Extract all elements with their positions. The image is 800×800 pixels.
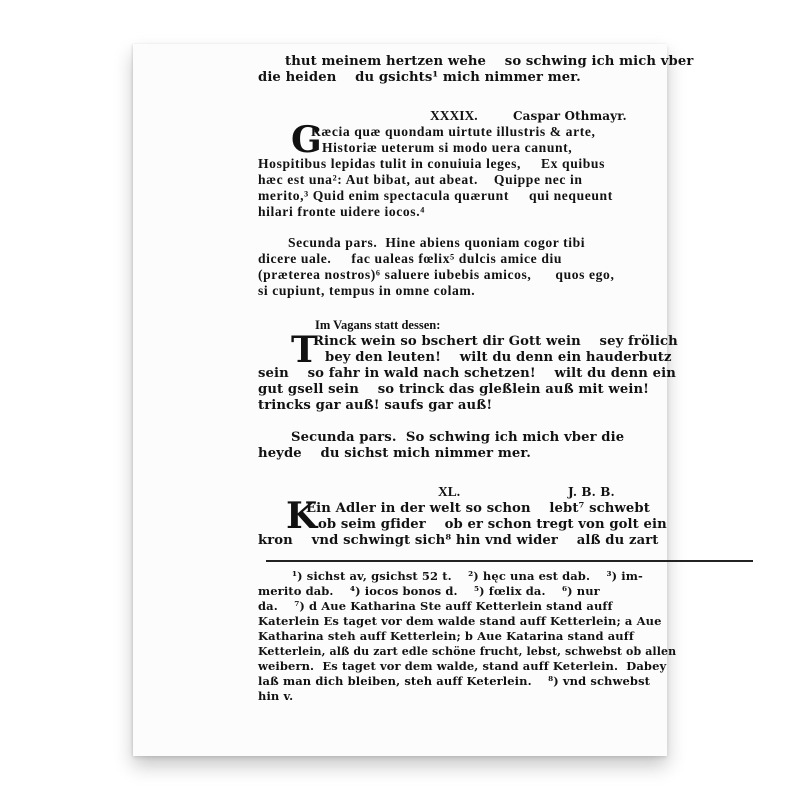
latin-line-5: merito,³ Quid enim spectacula quærunt qu… (258, 188, 613, 204)
latin-secunda-1: Secunda pars. Hine abiens quoniam cogor … (288, 235, 585, 251)
footnote-divider (266, 560, 753, 562)
footnote-line-1: ¹) sichst av, gsichst 52 t. ²) hęc una e… (292, 569, 643, 584)
latin-secunda-2: dicere uale. fac ualeas fœlix⁵ dulcis am… (258, 251, 562, 267)
latin-secunda-4: si cupiunt, tempus in omne colam. (258, 283, 475, 299)
vagans-heading: Im Vagans statt dessen: (315, 317, 440, 333)
latin-secunda-3: (præterea nostros)⁶ saluere iubebis amic… (258, 267, 614, 283)
footnote-line-2: merito dab. ⁴) iocos bonos d. ⁵) fœlix d… (258, 584, 600, 599)
section-40-number: XL. (438, 484, 460, 500)
section-39-number: XXXIX. (430, 108, 478, 124)
opening-line-2: die heiden du gsichts¹ mich nimmer mer. (258, 70, 581, 86)
vagans-secunda-1: Secunda pars. So schwing ich mich vber d… (291, 430, 624, 446)
footnote-line-4: Katerlein Es taget vor dem walde stand a… (258, 614, 662, 629)
poster-print: thut meinem hertzen wehe so schwing ich … (133, 44, 667, 756)
footnote-line-5: Katharina steh auff Ketterlein; b Aue Ka… (258, 629, 634, 644)
section-40-author: J. B. B. (568, 484, 615, 500)
footnote-line-6: Ketterlein, alß du zart edle schöne fruc… (258, 644, 676, 659)
section-40-line-1: Ein Adler in der welt so schon lebt⁷ sch… (306, 501, 650, 517)
latin-line-4: hæc est una²: Aut bibat, aut abeat. Quip… (258, 172, 583, 188)
footnote-line-7: weibern. Es taget vor dem walde, stand a… (258, 659, 666, 674)
latin-line-6: hilari fronte uidere iocos.⁴ (258, 204, 425, 220)
vagans-line-1: Rinck wein so bschert dir Gott wein sey … (313, 334, 678, 350)
vagans-line-5: trincks gar auß! saufs gar auß! (258, 398, 492, 414)
latin-line-2: Historiæ ueterum si modo uera canunt, (322, 140, 572, 156)
vagans-secunda-2: heyde du sichst mich nimmer mer. (258, 446, 531, 462)
vagans-line-2: bey den leuten! wilt du denn ein hauderb… (325, 350, 672, 366)
vagans-line-4: gut gsell sein so trinck das gleßlein au… (258, 382, 649, 398)
footnote-line-3: da. ⁷) d Aue Katharina Ste auff Ketterle… (258, 599, 613, 614)
footnote-line-9: hin v. (258, 689, 293, 704)
vagans-line-3: sein so fahr in wald nach schetzen! wilt… (258, 366, 676, 382)
section-39-author: Caspar Othmayr. (513, 108, 627, 124)
latin-line-3: Hospitibus lepidas tulit in conuiuia leg… (258, 156, 605, 172)
section-40-line-2: ob seim gfider ob er schon tregt von gol… (318, 517, 667, 533)
opening-line-1: thut meinem hertzen wehe so schwing ich … (285, 54, 693, 70)
section-40-line-3: kron vnd schwingt sich⁸ hin vnd wider al… (258, 533, 658, 549)
footnote-line-8: laß man dich bleiben, steh auff Keterlei… (258, 674, 650, 689)
latin-line-1: Ræcia quæ quondam uirtute illustris & ar… (311, 124, 595, 140)
